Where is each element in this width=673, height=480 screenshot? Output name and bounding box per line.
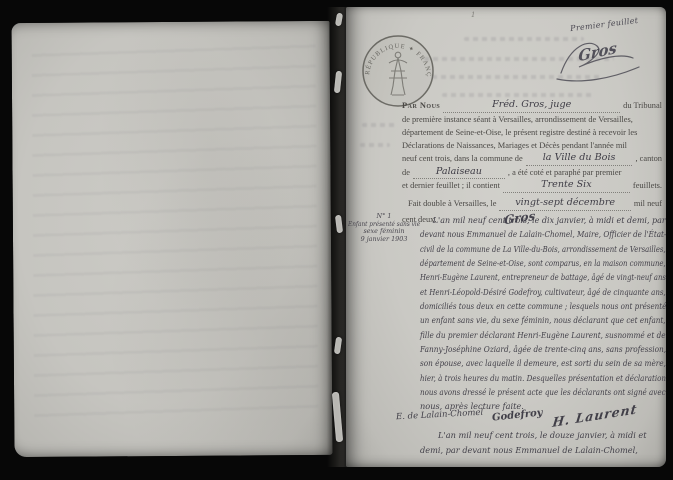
bleedthrough-row [442,93,592,97]
form-text-line: département de Seine-et-Oise, le présent… [402,127,662,140]
act-title: Enfant présenté sans vie [348,221,413,229]
act-line: L'an mil neuf cent trois, le douze janvi… [420,428,666,443]
bleedthrough-row [432,75,602,79]
act-line: fille du premier déclarant Henri-Eugène … [420,328,639,342]
form-par-nous-label: Par Nous [402,100,440,113]
signature-mayor: E. de Lalain-Chomel [396,408,484,423]
binding-stitch-icon [334,71,342,94]
form-text: mil neuf [634,198,662,211]
register-declaration-form: Par Nous Fréd. Gros, juge du Tribunal de… [402,100,662,227]
form-text: du Tribunal [623,100,662,113]
form-text: feuillets. [633,180,662,193]
act-line: un enfant sans vie, du sexe féminin, nou… [420,313,637,327]
form-text: , canton [635,153,662,166]
commune-name-fill: la Ville du Bois [526,152,633,166]
binding-stitch-icon [332,392,343,442]
signatures-row: E. de Lalain-Chomel Godefroy H. Laurent [396,402,662,428]
act-line: département de Seine-et-Oise, sont compa… [420,256,626,270]
act-line: devant nous Emmanuel de Lalain-Chomel, M… [420,227,637,241]
signature-laurent: H. Laurent [551,401,638,430]
act-line: L'an mil neuf cent trois, le dix janvier… [420,213,660,227]
margin-annotation: N° 1 Enfant présenté sans vie sexe fémin… [348,213,420,244]
act-line: et Henri-Léopold-Désiré Godefroy, cultiv… [420,285,632,299]
fait-double-label: Fait double à Versailles, le [408,198,496,211]
feuillets-count-fill: Trente Six [503,179,630,193]
act-line: nous avons dressé le présent acte que le… [420,385,635,399]
act-line: Fanny-Joséphine Oziard, âgée de trente-c… [420,342,641,356]
act-line: hier, à trois heures du matin. Desquelle… [420,371,633,385]
form-text: , a été coté et paraphé par premier [508,167,621,180]
act-line: demi, par devant nous Emmanuel de Lalain… [420,443,666,458]
judge-name-fill: Fréd. Gros, juge [443,99,620,113]
folio-number: 1 [471,10,475,19]
form-text-line: de première instance séant à Versailles,… [402,114,662,127]
birth-declaration-act: L'an mil neuf cent trois, le dix janvier… [420,213,666,414]
premier-feuillet-note: Premier feuillet [570,16,639,33]
bleedthrough-row [464,37,584,41]
binding-stitch-icon [335,13,343,27]
left-blank-page [11,21,332,457]
act-line: domiciliés tous deux en cette commune ; … [420,299,634,313]
bleedthrough-row [362,123,396,127]
act-line: Henri-Eugène Laurent, entrepreneur de ba… [420,270,624,284]
binding-stitch-icon [335,215,343,234]
canton-name-fill: Palaiseau [413,166,505,180]
signature-godefroy: Godefroy [492,407,543,423]
bleedthrough-row [424,57,614,61]
act-line: civil de la commune de La Ville-du-Bois,… [420,242,627,256]
form-text: de [402,167,410,180]
closing-date-fill: vingt-sept décembre [499,197,630,211]
form-text: neuf cent trois, dans la commune de [402,153,523,166]
act-line: son épouse, avec laquelle il demeure, es… [420,356,639,370]
binding-stitch-icon [334,337,342,355]
bleedthrough-row [360,143,390,147]
form-text: et dernier feuillet ; il contient [402,180,500,193]
right-register-page: 1 Premier feuillet Gros RÉPUBLIQUE ✦ FRA… [346,7,666,467]
act-date: 9 janvier 1903 [348,236,420,244]
second-act-start: L'an mil neuf cent trois, le douze janvi… [420,428,666,458]
register-book-photo: 1 Premier feuillet Gros RÉPUBLIQUE ✦ FRA… [0,0,673,480]
